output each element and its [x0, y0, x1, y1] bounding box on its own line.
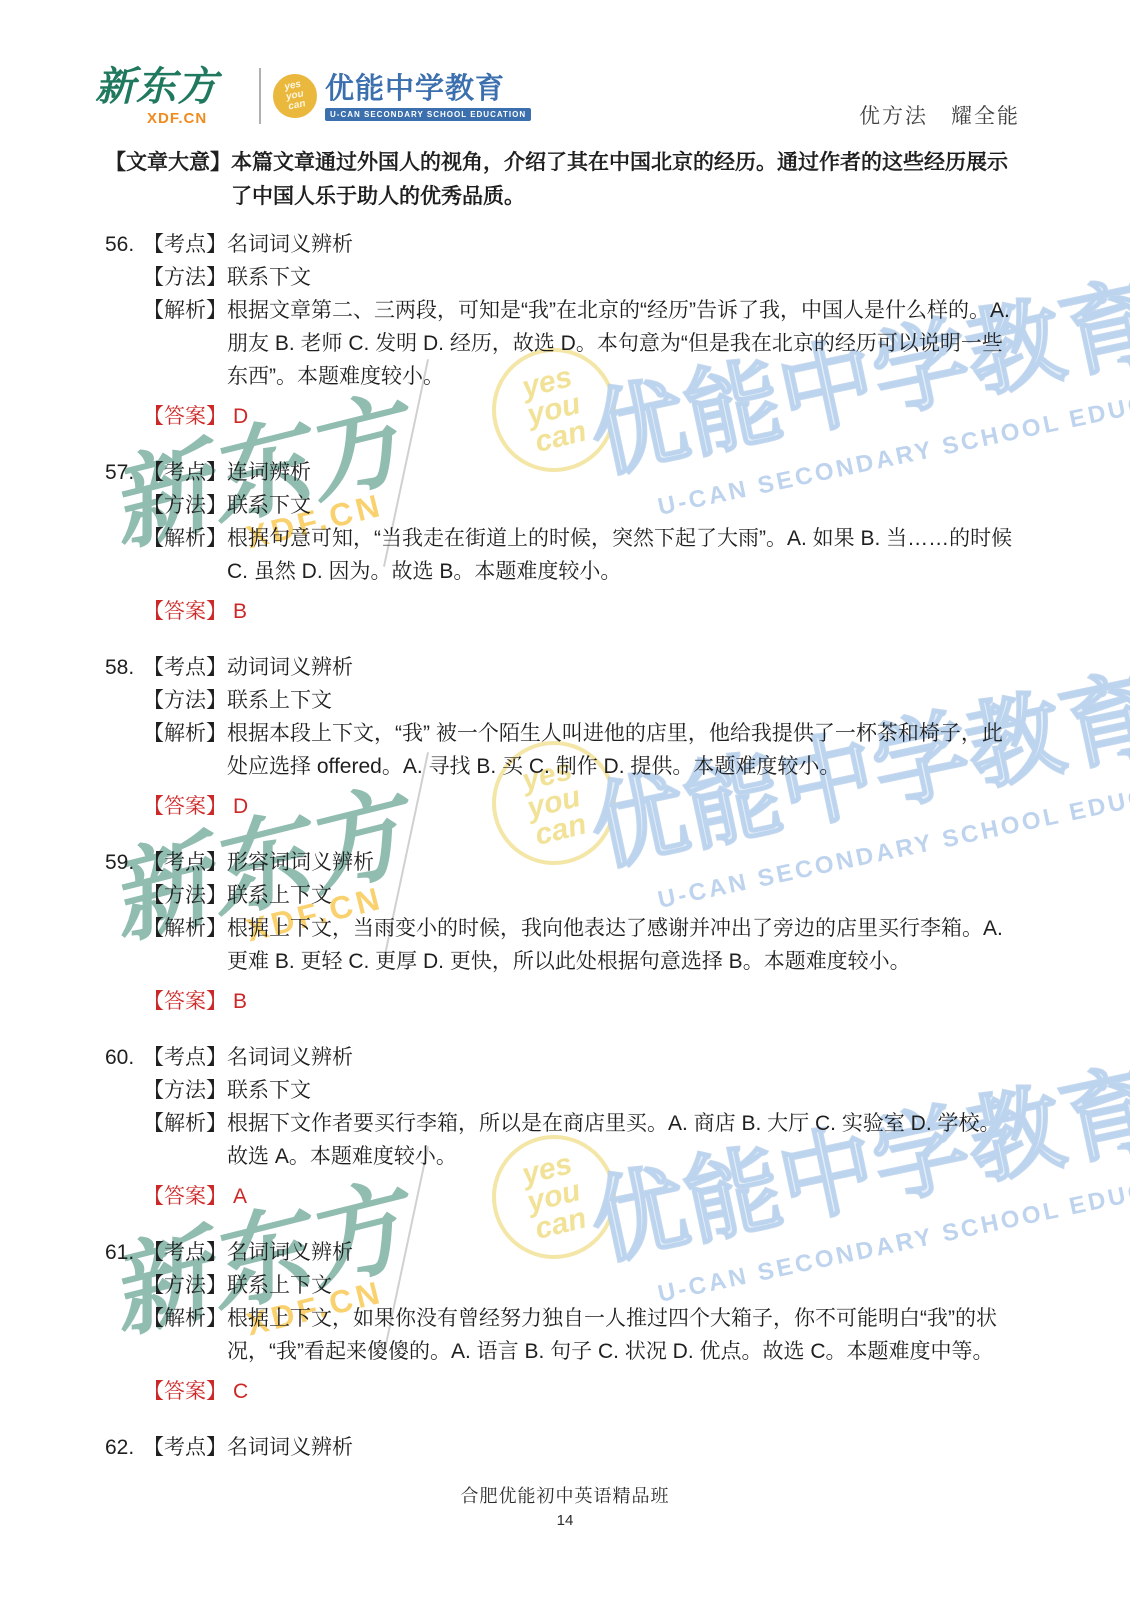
logo-divider [259, 68, 261, 124]
fangfa-row: 【方法】 联系上下文 [143, 684, 1013, 717]
fangfa-value: 联系上下文 [227, 879, 1013, 912]
jiexi-value: 根据本段上下文，“我” 被一个陌生人叫进他的店里，他给我提供了一杯茶和椅子，此处… [227, 717, 1013, 783]
passage-summary: 【文章大意】 本篇文章通过外国人的视角，介绍了其在中国北京的经历。通过作者的这些… [105, 146, 1013, 214]
answer-label: 【答案】 [143, 790, 227, 823]
fangfa-label: 【方法】 [143, 1074, 227, 1107]
fangfa-label: 【方法】 [143, 489, 227, 522]
fangfa-row: 【方法】 联系下文 [143, 261, 1013, 294]
answer-label: 【答案】 [143, 400, 227, 433]
answer-value: D [227, 400, 1013, 433]
answer-value: C [227, 1375, 1013, 1408]
kaodian-row: 【考点】 连词辨析 [143, 456, 1013, 489]
jiexi-label: 【解析】 [143, 1107, 227, 1173]
jiexi-label: 【解析】 [143, 717, 227, 783]
summary-text: 本篇文章通过外国人的视角，介绍了其在中国北京的经历。通过作者的这些经历展示了中国… [231, 146, 1013, 214]
fangfa-value: 联系上下文 [227, 1269, 1013, 1302]
question-body: 【考点】 动词词义辨析 【方法】 联系上下文 【解析】 根据本段上下文，“我” … [143, 651, 1013, 823]
fangfa-value: 联系下文 [227, 489, 1013, 522]
fangfa-label: 【方法】 [143, 1269, 227, 1302]
kaodian-value: 名词词义辨析 [227, 1041, 1013, 1074]
question-body: 【考点】 形容词词义辨析 【方法】 联系上下文 【解析】 根据上下文，当雨变小的… [143, 846, 1013, 1018]
fangfa-value: 联系上下文 [227, 684, 1013, 717]
kaodian-value: 名词词义辨析 [227, 1236, 1013, 1269]
kaodian-value: 形容词词义辨析 [227, 846, 1013, 879]
kaodian-label: 【考点】 [143, 1041, 227, 1074]
question-block-58: 58. 【考点】 动词词义辨析 【方法】 联系上下文 【解析】 根据本段上下文，… [105, 651, 1013, 823]
answer-label: 【答案】 [143, 595, 227, 628]
jiexi-row: 【解析】 根据下文作者要买行李箱，所以是在商店里买。A. 商店 B. 大厅 C.… [143, 1107, 1013, 1173]
kaodian-row: 【考点】 动词词义辨析 [143, 651, 1013, 684]
kaodian-value: 名词词义辨析 [227, 1431, 1013, 1464]
answer-row: 【答案】 B [143, 985, 1013, 1018]
kaodian-row: 【考点】 名词词义辨析 [143, 1431, 1013, 1464]
question-number: 59. [105, 846, 143, 1018]
brand-logo: 新东方 XDF.CN yes you can 优能中学教育 U-CAN SECO… [95, 66, 531, 130]
footer-course-name: 合肥优能初中英语精品班 [0, 1482, 1130, 1508]
fangfa-row: 【方法】 联系上下文 [143, 879, 1013, 912]
jiexi-label: 【解析】 [143, 1302, 227, 1368]
fangfa-label: 【方法】 [143, 879, 227, 912]
jiexi-value: 根据文章第二、三两段，可知是“我”在北京的“经历”告诉了我，中国人是什么样的。A… [227, 294, 1013, 393]
question-block-61: 61. 【考点】 名词词义辨析 【方法】 联系上下文 【解析】 根据上下文，如果… [105, 1236, 1013, 1408]
answer-value: B [227, 985, 1013, 1018]
answer-value: D [227, 790, 1013, 823]
page-footer: 合肥优能初中英语精品班 14 [0, 1482, 1130, 1529]
jiexi-value: 根据上下文，如果你没有曾经努力独自一人推过四个大箱子，你不可能明白“我”的状况，… [227, 1302, 1013, 1368]
question-block-62: 62. 【考点】 名词词义辨析 [105, 1431, 1013, 1464]
xdf-logo-domain: XDF.CN [147, 110, 207, 127]
kaodian-value: 连词辨析 [227, 456, 1013, 489]
fangfa-label: 【方法】 [143, 261, 227, 294]
kaodian-row: 【考点】 名词词义辨析 [143, 1041, 1013, 1074]
question-number: 61. [105, 1236, 143, 1408]
question-block-60: 60. 【考点】 名词词义辨析 【方法】 联系下文 【解析】 根据下文作者要买行… [105, 1041, 1013, 1213]
answer-label: 【答案】 [143, 1180, 227, 1213]
question-body: 【考点】 名词词义辨析 【方法】 联系下文 【解析】 根据文章第二、三两段，可知… [143, 228, 1013, 433]
question-number: 56. [105, 228, 143, 433]
answer-label: 【答案】 [143, 1375, 227, 1408]
jiexi-value: 根据上下文，当雨变小的时候，我向他表达了感谢并冲出了旁边的店里买行李箱。A. 更… [227, 912, 1013, 978]
question-number: 62. [105, 1431, 143, 1464]
kaodian-label: 【考点】 [143, 651, 227, 684]
question-number: 58. [105, 651, 143, 823]
kaodian-label: 【考点】 [143, 1431, 227, 1464]
ucan-logo-subtext: U-CAN SECONDARY SCHOOL EDUCATION [325, 108, 531, 121]
jiexi-label: 【解析】 [143, 522, 227, 588]
summary-label: 【文章大意】 [105, 146, 231, 214]
jiexi-row: 【解析】 根据文章第二、三两段，可知是“我”在北京的“经历”告诉了我，中国人是什… [143, 294, 1013, 393]
answer-row: 【答案】 D [143, 400, 1013, 433]
xdf-logo-text: 新东方 [95, 66, 245, 108]
kaodian-row: 【考点】 形容词词义辨析 [143, 846, 1013, 879]
kaodian-row: 【考点】 名词词义辨析 [143, 1236, 1013, 1269]
answer-row: 【答案】 A [143, 1180, 1013, 1213]
answer-value: B [227, 595, 1013, 628]
jiexi-label: 【解析】 [143, 294, 227, 393]
answer-key-content: 【文章大意】 本篇文章通过外国人的视角，介绍了其在中国北京的经历。通过作者的这些… [105, 146, 1013, 1487]
question-block-57: 57. 【考点】 连词辨析 【方法】 联系下文 【解析】 根据句意可知，“当我走… [105, 456, 1013, 628]
xdf-logo: 新东方 XDF.CN [95, 66, 245, 130]
header-slogan: 优方法 耀全能 [859, 100, 1020, 130]
jiexi-row: 【解析】 根据上下文，当雨变小的时候，我向他表达了感谢并冲出了旁边的店里买行李箱… [143, 912, 1013, 978]
question-body: 【考点】 名词词义辨析 【方法】 联系下文 【解析】 根据下文作者要买行李箱，所… [143, 1041, 1013, 1213]
fangfa-label: 【方法】 [143, 684, 227, 717]
yes-you-can-badge-icon: yes you can [269, 70, 321, 122]
answer-row: 【答案】 C [143, 1375, 1013, 1408]
question-number: 60. [105, 1041, 143, 1213]
page-header: 新东方 XDF.CN yes you can 优能中学教育 U-CAN SECO… [0, 0, 1130, 140]
answer-value: A [227, 1180, 1013, 1213]
fangfa-row: 【方法】 联系上下文 [143, 1269, 1013, 1302]
kaodian-label: 【考点】 [143, 1236, 227, 1269]
jiexi-value: 根据句意可知，“当我走在街道上的时候，突然下起了大雨”。A. 如果 B. 当……… [227, 522, 1013, 588]
ucan-logo: 优能中学教育 U-CAN SECONDARY SCHOOL EDUCATION [325, 74, 531, 122]
answer-label: 【答案】 [143, 985, 227, 1018]
question-number: 57. [105, 456, 143, 628]
kaodian-value: 动词词义辨析 [227, 651, 1013, 684]
question-block-59: 59. 【考点】 形容词词义辨析 【方法】 联系上下文 【解析】 根据上下文，当… [105, 846, 1013, 1018]
jiexi-value: 根据下文作者要买行李箱，所以是在商店里买。A. 商店 B. 大厅 C. 实验室 … [227, 1107, 1013, 1173]
kaodian-label: 【考点】 [143, 456, 227, 489]
badge-text: can [288, 99, 307, 112]
document-page: yes you can 优能中学教育 U-CAN SECONDARY SCHOO… [0, 0, 1130, 1600]
fangfa-value: 联系下文 [227, 1074, 1013, 1107]
jiexi-row: 【解析】 根据句意可知，“当我走在街道上的时候，突然下起了大雨”。A. 如果 B… [143, 522, 1013, 588]
question-body: 【考点】 名词词义辨析 【方法】 联系上下文 【解析】 根据上下文，如果你没有曾… [143, 1236, 1013, 1408]
answer-row: 【答案】 B [143, 595, 1013, 628]
kaodian-label: 【考点】 [143, 228, 227, 261]
footer-page-number: 14 [0, 1512, 1130, 1529]
answer-row: 【答案】 D [143, 790, 1013, 823]
question-body: 【考点】 名词词义辨析 [143, 1431, 1013, 1464]
fangfa-row: 【方法】 联系下文 [143, 1074, 1013, 1107]
jiexi-label: 【解析】 [143, 912, 227, 978]
question-body: 【考点】 连词辨析 【方法】 联系下文 【解析】 根据句意可知，“当我走在街道上… [143, 456, 1013, 628]
kaodian-row: 【考点】 名词词义辨析 [143, 228, 1013, 261]
question-block-56: 56. 【考点】 名词词义辨析 【方法】 联系下文 【解析】 根据文章第二、三两… [105, 228, 1013, 433]
jiexi-row: 【解析】 根据上下文，如果你没有曾经努力独自一人推过四个大箱子，你不可能明白“我… [143, 1302, 1013, 1368]
kaodian-value: 名词词义辨析 [227, 228, 1013, 261]
kaodian-label: 【考点】 [143, 846, 227, 879]
ucan-logo-text: 优能中学教育 [325, 74, 531, 104]
jiexi-row: 【解析】 根据本段上下文，“我” 被一个陌生人叫进他的店里，他给我提供了一杯茶和… [143, 717, 1013, 783]
fangfa-row: 【方法】 联系下文 [143, 489, 1013, 522]
fangfa-value: 联系下文 [227, 261, 1013, 294]
